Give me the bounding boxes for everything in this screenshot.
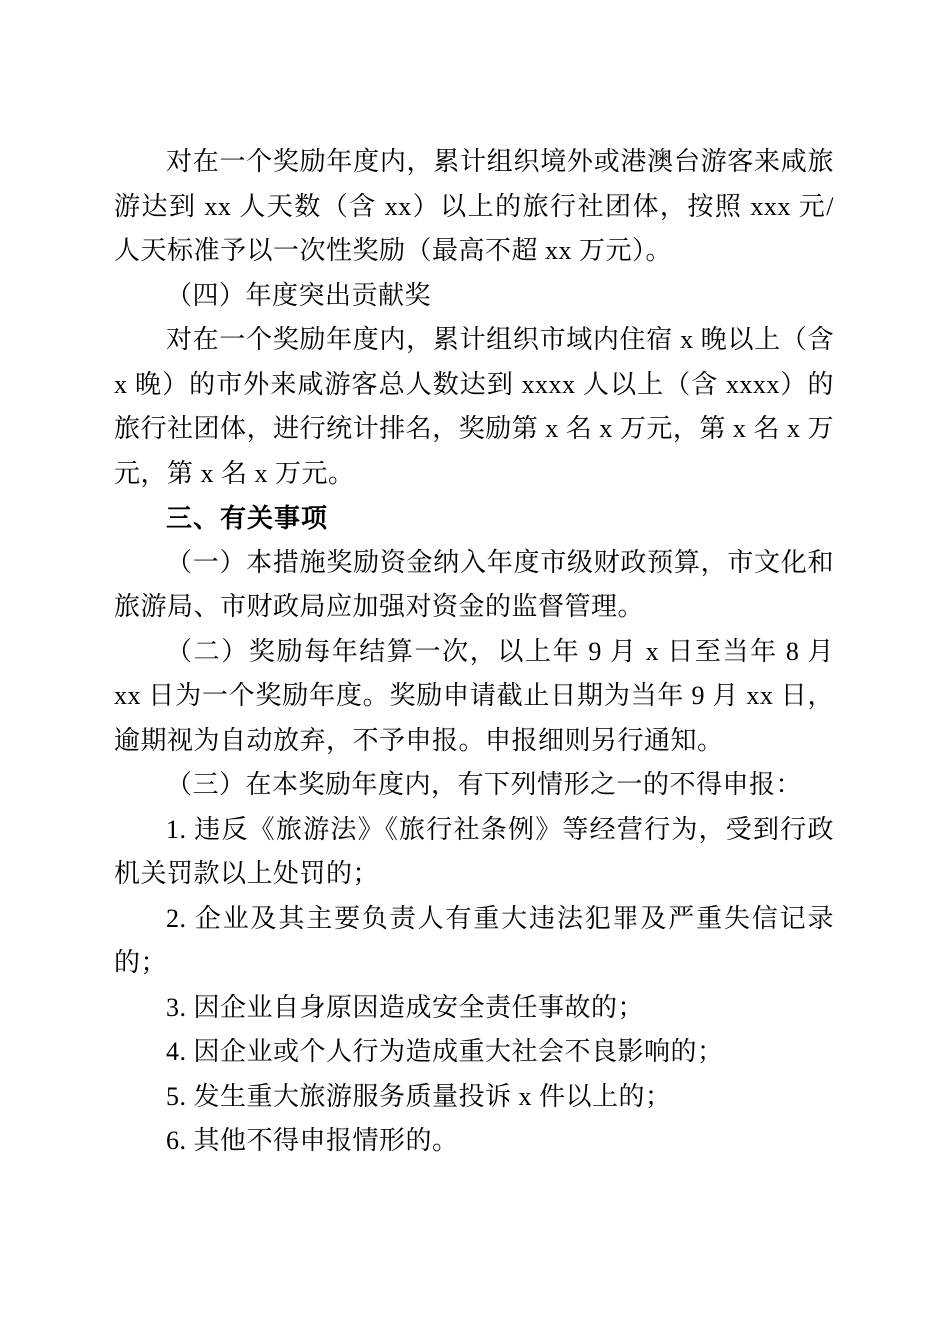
paragraph: 4. 因企业或个人行为造成重大社会不良影响的； <box>114 1030 834 1075</box>
document-page: 对在一个奖励年度内，累计组织境外或港澳台游客来咸旅游达到 xx 人天数（含 xx… <box>0 0 950 1344</box>
paragraph: 6. 其他不得申报情形的。 <box>114 1119 834 1164</box>
paragraph: 3. 因企业自身原因造成安全责任事故的； <box>114 986 834 1031</box>
paragraph: （一）本措施奖励资金纳入年度市级财政预算，市文化和旅游局、市财政局应加强对资金的… <box>114 541 834 630</box>
sub-heading: （四）年度突出贡献奖 <box>114 274 834 319</box>
paragraph: 5. 发生重大旅游服务质量投诉 x 件以上的； <box>114 1075 834 1120</box>
paragraph: 1. 违反《旅游法》《旅行社条例》等经营行为，受到行政机关罚款以上处罚的； <box>114 808 834 897</box>
section-heading: 三、有关事项 <box>114 496 834 541</box>
paragraph: 对在一个奖励年度内，累计组织境外或港澳台游客来咸旅游达到 xx 人天数（含 xx… <box>114 140 834 274</box>
paragraph: （二）奖励每年结算一次，以上年 9 月 x 日至当年 8 月 xx 日为一个奖励… <box>114 630 834 764</box>
paragraph: （三）在本奖励年度内，有下列情形之一的不得申报： <box>114 763 834 808</box>
paragraph: 对在一个奖励年度内，累计组织市域内住宿 x 晚以上（含 x 晚）的市外来咸游客总… <box>114 318 834 496</box>
document-content: 对在一个奖励年度内，累计组织境外或港澳台游客来咸旅游达到 xx 人天数（含 xx… <box>114 140 834 1164</box>
paragraph: 2. 企业及其主要负责人有重大违法犯罪及严重失信记录的； <box>114 897 834 986</box>
